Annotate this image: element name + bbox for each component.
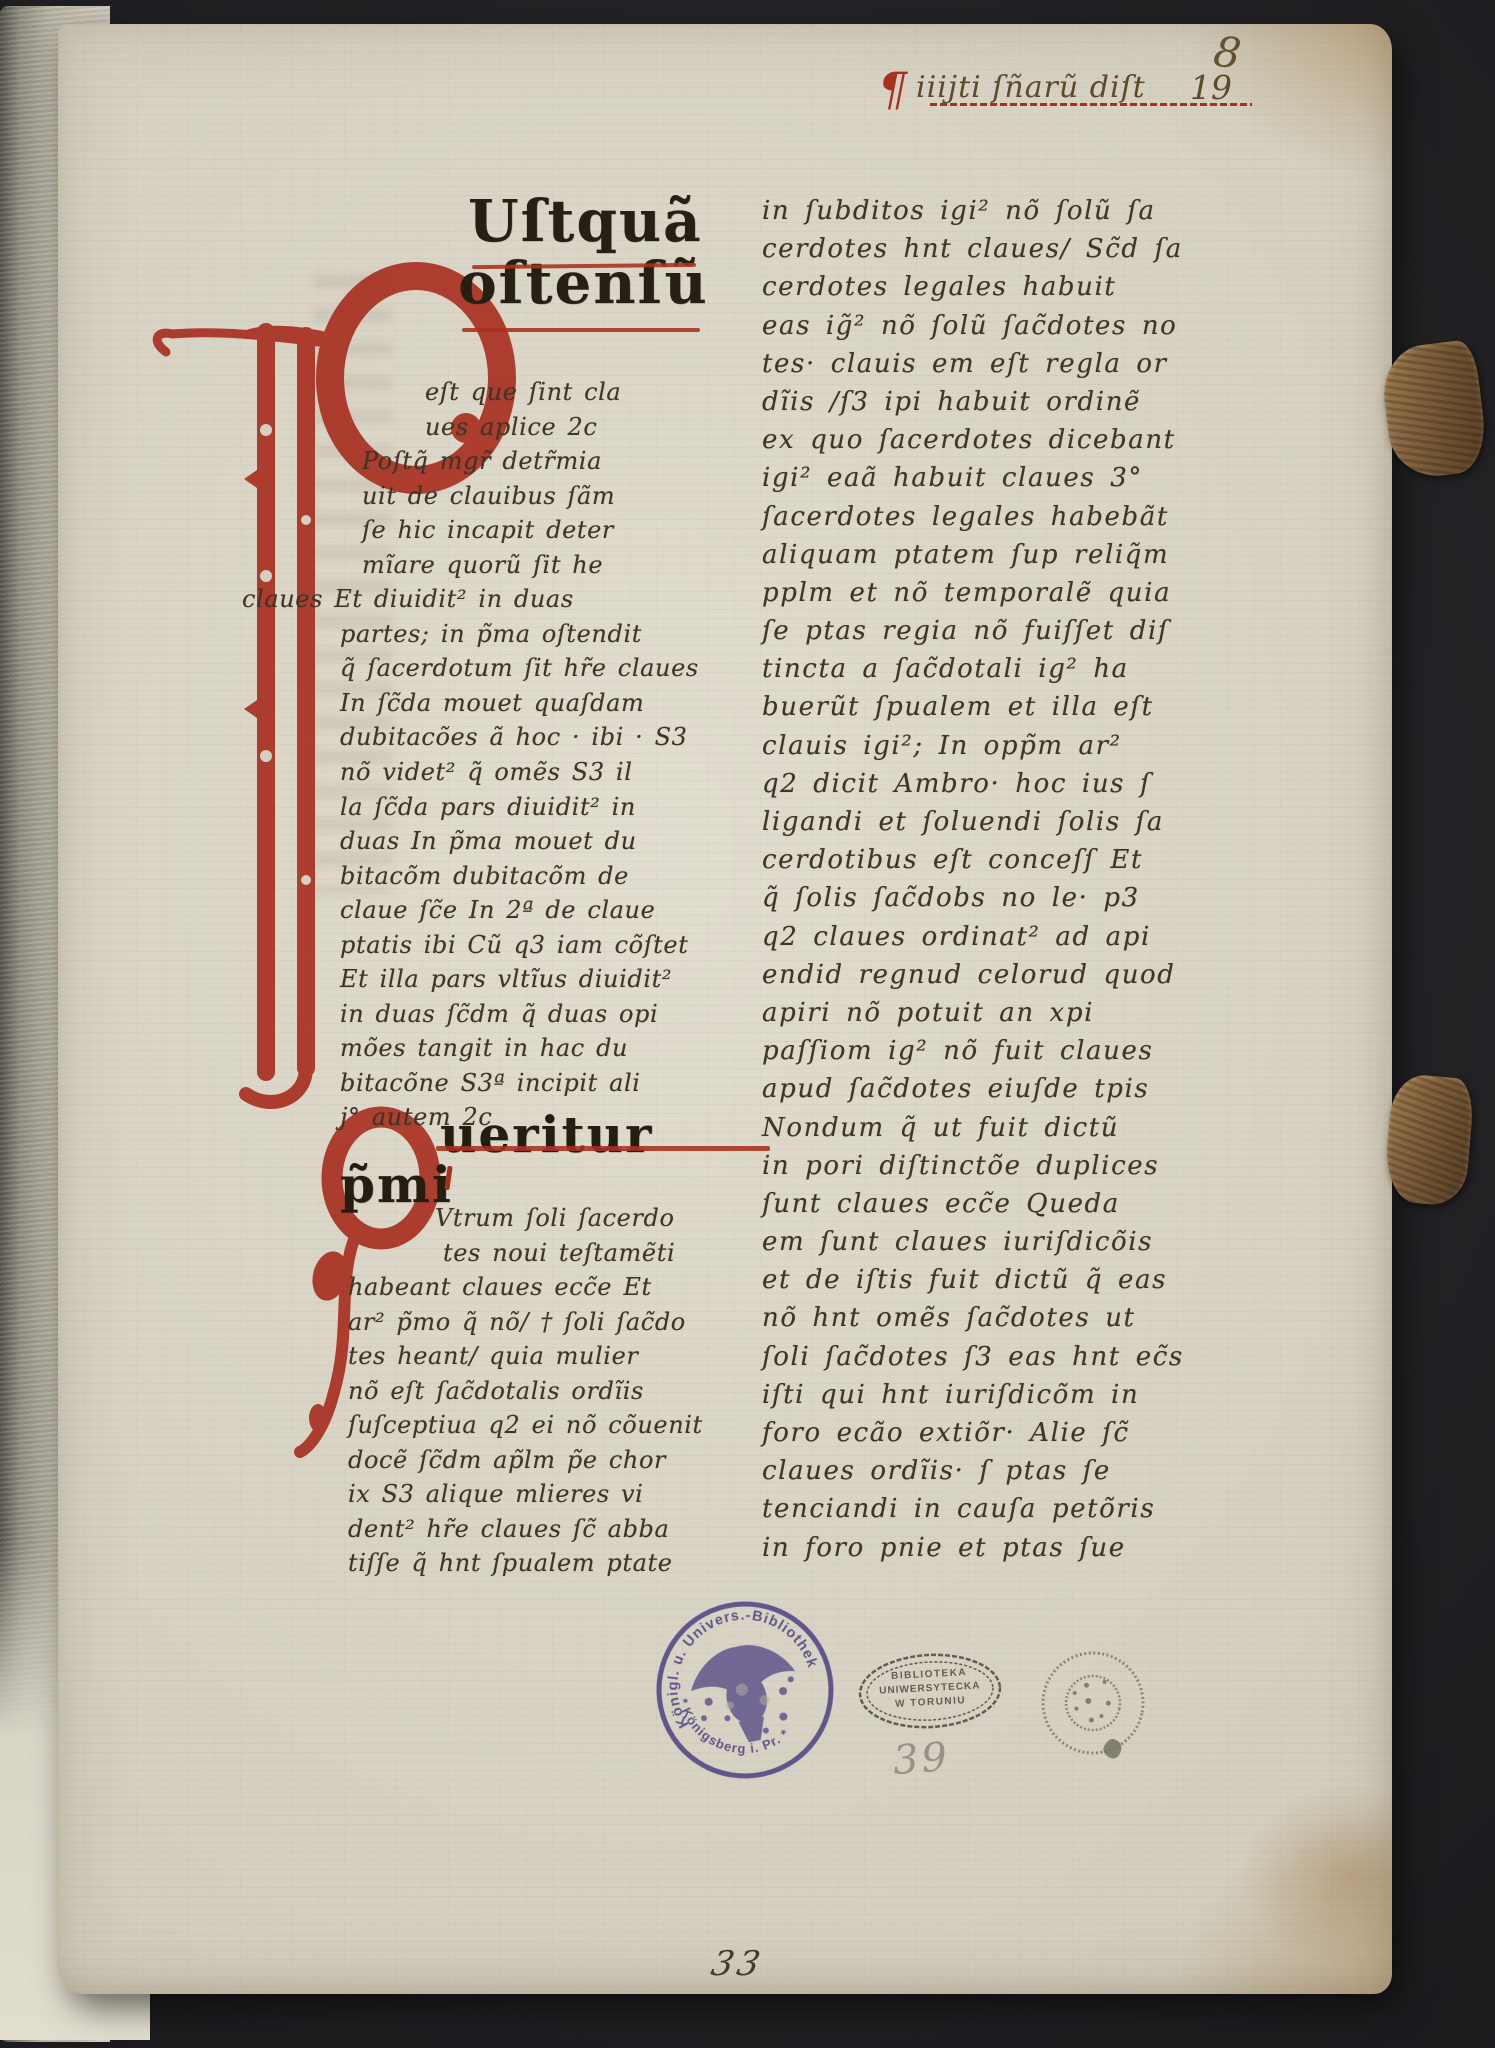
manuscript-line: docẽ ſc̃dm ap̃lm p̃e chor bbox=[348, 1446, 703, 1481]
manuscript-line: ſunt claues ecc̃e Queda bbox=[762, 1189, 1267, 1227]
manuscript-line: tes heant/ quia mulier bbox=[348, 1342, 703, 1377]
manuscript-line: duas In p̃ma mouet du bbox=[340, 827, 699, 862]
manuscript-line: eſt que ſint cla bbox=[425, 378, 699, 413]
manuscript-line: in ſubditos igi² nõ ſolũ ſa bbox=[762, 196, 1267, 234]
manuscript-line: Poſtq̃ mgr̃ detr̃mia bbox=[362, 447, 699, 482]
manuscript-line: mões tangit in hac du bbox=[340, 1034, 699, 1069]
oval-stamp-line1: BIBLIOTEKA bbox=[891, 1667, 968, 1682]
manuscript-line: dent² hr̃e claues ſc̃ abba bbox=[348, 1515, 703, 1550]
manuscript-line: iſti qui hnt iuriſdicõm in bbox=[762, 1380, 1267, 1418]
manuscript-line: in pori diſtinctõe duplices bbox=[762, 1151, 1267, 1189]
manuscript-line: igi² eaã habuit claues 3° bbox=[762, 463, 1267, 501]
manuscript-line: bitacõm dubitacõm de bbox=[340, 862, 699, 897]
manuscript-line: habeant claues ecc̃e Et bbox=[348, 1273, 703, 1308]
manuscript-line: ſe ptas regia nõ fuiſſet diſ bbox=[762, 616, 1267, 654]
manuscript-line: dubitacões ã hoc · ibi · S3 bbox=[340, 723, 699, 758]
oval-stamp-line3: W TORUNIU bbox=[895, 1695, 967, 1710]
manuscript-line: ix S3 alique mlieres vi bbox=[348, 1480, 703, 1515]
manuscript-line: partes; in p̃ma oſtendit bbox=[340, 620, 699, 655]
manuscript-line: la ſc̃da pars diuidit² in bbox=[340, 793, 699, 828]
manuscript-line: q̃ ſolis ſac̃dobs no le· p3 bbox=[762, 883, 1267, 921]
manuscript-photo: { "colors": { "rubric_red": "#a8311c", "… bbox=[0, 0, 1495, 2048]
manuscript-line: cerdotes legales habuit bbox=[762, 272, 1267, 310]
header-pilcrow: ¶ bbox=[878, 62, 907, 116]
manuscript-line: tincta a ſac̃dotali ig² ha bbox=[762, 654, 1267, 692]
manuscript-line: buerũt ſpualem et illa eſt bbox=[762, 692, 1267, 730]
manuscript-line: q̃ ſacerdotum ſit hr̃e claues bbox=[340, 654, 699, 689]
manuscript-line: bitacõne S3ª incipit ali bbox=[340, 1069, 699, 1104]
manuscript-line: clauis igi²; In opp̃m ar² bbox=[762, 731, 1267, 769]
manuscript-line: q2 dicit Ambro· hoc ius ſ bbox=[762, 769, 1267, 807]
manuscript-line: nõ eſt ſac̃dotalis ordĩis bbox=[348, 1377, 703, 1412]
manuscript-line: ligandi et ſoluendi ſolis ſa bbox=[762, 807, 1267, 845]
manuscript-line: mĩare quorũ ſit he bbox=[362, 551, 699, 586]
manuscript-line: pplm et nõ temporalẽ quia bbox=[762, 578, 1267, 616]
manuscript-line: ex quo ſacerdotes dicebant bbox=[762, 425, 1267, 463]
queritur-heading: ueritur p̃mi bbox=[340, 1110, 770, 1210]
manuscript-line: Vtrum ſoli ſacerdo bbox=[435, 1204, 703, 1239]
manuscript-line: cerdotibus eſt conceſſ Et bbox=[762, 845, 1267, 883]
manuscript-line: ſacerdotes legales habebãt bbox=[762, 502, 1267, 540]
manuscript-line: ſe hic incapit deter bbox=[362, 516, 699, 551]
manuscript-line: Et illa pars vltĩus diuidit² bbox=[340, 965, 699, 1000]
manuscript-line: eas ig̃² nõ ſolũ ſac̃dotes no bbox=[762, 311, 1267, 349]
left-column-body-2: Vtrum ſoli ſacerdotes noui teſtamẽtihabe… bbox=[340, 1204, 703, 1584]
manuscript-line: in foro pnie et ptas ſue bbox=[762, 1533, 1267, 1571]
leather-strap-bottom bbox=[1383, 1073, 1476, 1208]
manuscript-line: nõ videt² q̃ omẽs S3 il bbox=[340, 758, 699, 793]
red-underline-display2 bbox=[462, 328, 700, 332]
manuscript-line: uit de clauibus ſãm bbox=[362, 482, 699, 517]
manuscript-line: claues ordĩis· ſ ptas ſe bbox=[762, 1456, 1267, 1494]
manuscript-line: nõ hnt omẽs ſac̃dotes ut bbox=[762, 1303, 1267, 1341]
manuscript-line: claue ſc̃e In 2ª de claue bbox=[340, 896, 699, 931]
manuscript-line: in duas ſc̃dm q̃ duas opi bbox=[340, 1000, 699, 1035]
manuscript-line: aliquam ptatem ſup reliq̃m bbox=[762, 540, 1267, 578]
display-word-ustqua: Uſtquã bbox=[468, 192, 703, 250]
manuscript-line: dĩis /ſ3 ipi habuit ordinẽ bbox=[762, 387, 1267, 425]
manuscript-line: et de iſtis fuit dictũ q̃ eas bbox=[762, 1265, 1267, 1303]
manuscript-line: foro ecão extiõr· Alie ſc̃ bbox=[762, 1418, 1267, 1456]
manuscript-line: ar² p̃mo q̃ nõ/ † ſoli ſac̃do bbox=[348, 1308, 703, 1343]
torun-library-oval-stamp: BIBLIOTEKA UNIWERSYTECKA W TORUNIU bbox=[853, 1648, 1007, 1734]
manuscript-line: ſuſceptiua q2 ei nõ cõuenit bbox=[348, 1411, 703, 1446]
manuscript-line: tes noui teſtamẽti bbox=[443, 1239, 703, 1274]
left-column-body-1: eſt que ſint claues aplice 2cPoſtq̃ mgr̃… bbox=[340, 378, 699, 1138]
manuscript-line: apiri nõ potuit an xpi bbox=[762, 998, 1267, 1036]
quire-signature: 33 bbox=[708, 1944, 768, 1984]
red-strike-heading bbox=[436, 1146, 770, 1151]
manuscript-line: tiſſe q̃ hnt ſpualem ptate bbox=[348, 1549, 703, 1584]
koenigsberg-library-stamp: Königl. u. Univers.-Bibliothek * Königsb… bbox=[634, 1577, 856, 1803]
manuscript-line: tes· clauis em eſt regla or bbox=[762, 349, 1267, 387]
manuscript-line: endid regnud celorud quod bbox=[762, 960, 1267, 998]
manuscript-line: tenciandi in cauſa petõris bbox=[762, 1494, 1267, 1532]
manuscript-line: ſoli ſac̃dotes ſ3 eas hnt ec̃s bbox=[762, 1342, 1267, 1380]
manuscript-line: q2 claues ordinat² ad api bbox=[762, 922, 1267, 960]
stamp-ink-blob bbox=[1102, 1737, 1123, 1760]
manuscript-line: In ſc̃da mouet quaſdam bbox=[340, 689, 699, 724]
manuscript-line: Nondum q̃ ut fuit dictũ bbox=[762, 1113, 1267, 1151]
manuscript-line: cerdotes hnt claues/ Sc̃d ſa bbox=[762, 234, 1267, 272]
manuscript-line: ptatis ibi Cũ q3 iam cõſtet bbox=[340, 931, 699, 966]
manuscript-line: claues Et diuidit² in duas bbox=[242, 585, 699, 620]
running-header-text: iiijti ſñarũ diſt bbox=[916, 70, 1146, 105]
manuscript-line: apud ſac̃dotes eiuſde tpis bbox=[762, 1074, 1267, 1112]
manuscript-line: em ſunt claues iuriſdicõis bbox=[762, 1227, 1267, 1265]
manuscript-line: paſſiom ig² nõ fuit claues bbox=[762, 1036, 1267, 1074]
right-text-column: in ſubditos igi² nõ ſolũ ſacerdotes hnt … bbox=[762, 196, 1267, 1571]
pencil-number: 39 bbox=[891, 1734, 951, 1784]
manuscript-line: ues aplice 2c bbox=[425, 413, 699, 448]
queritur-heading-text: ueritur p̃mi bbox=[340, 1105, 653, 1214]
